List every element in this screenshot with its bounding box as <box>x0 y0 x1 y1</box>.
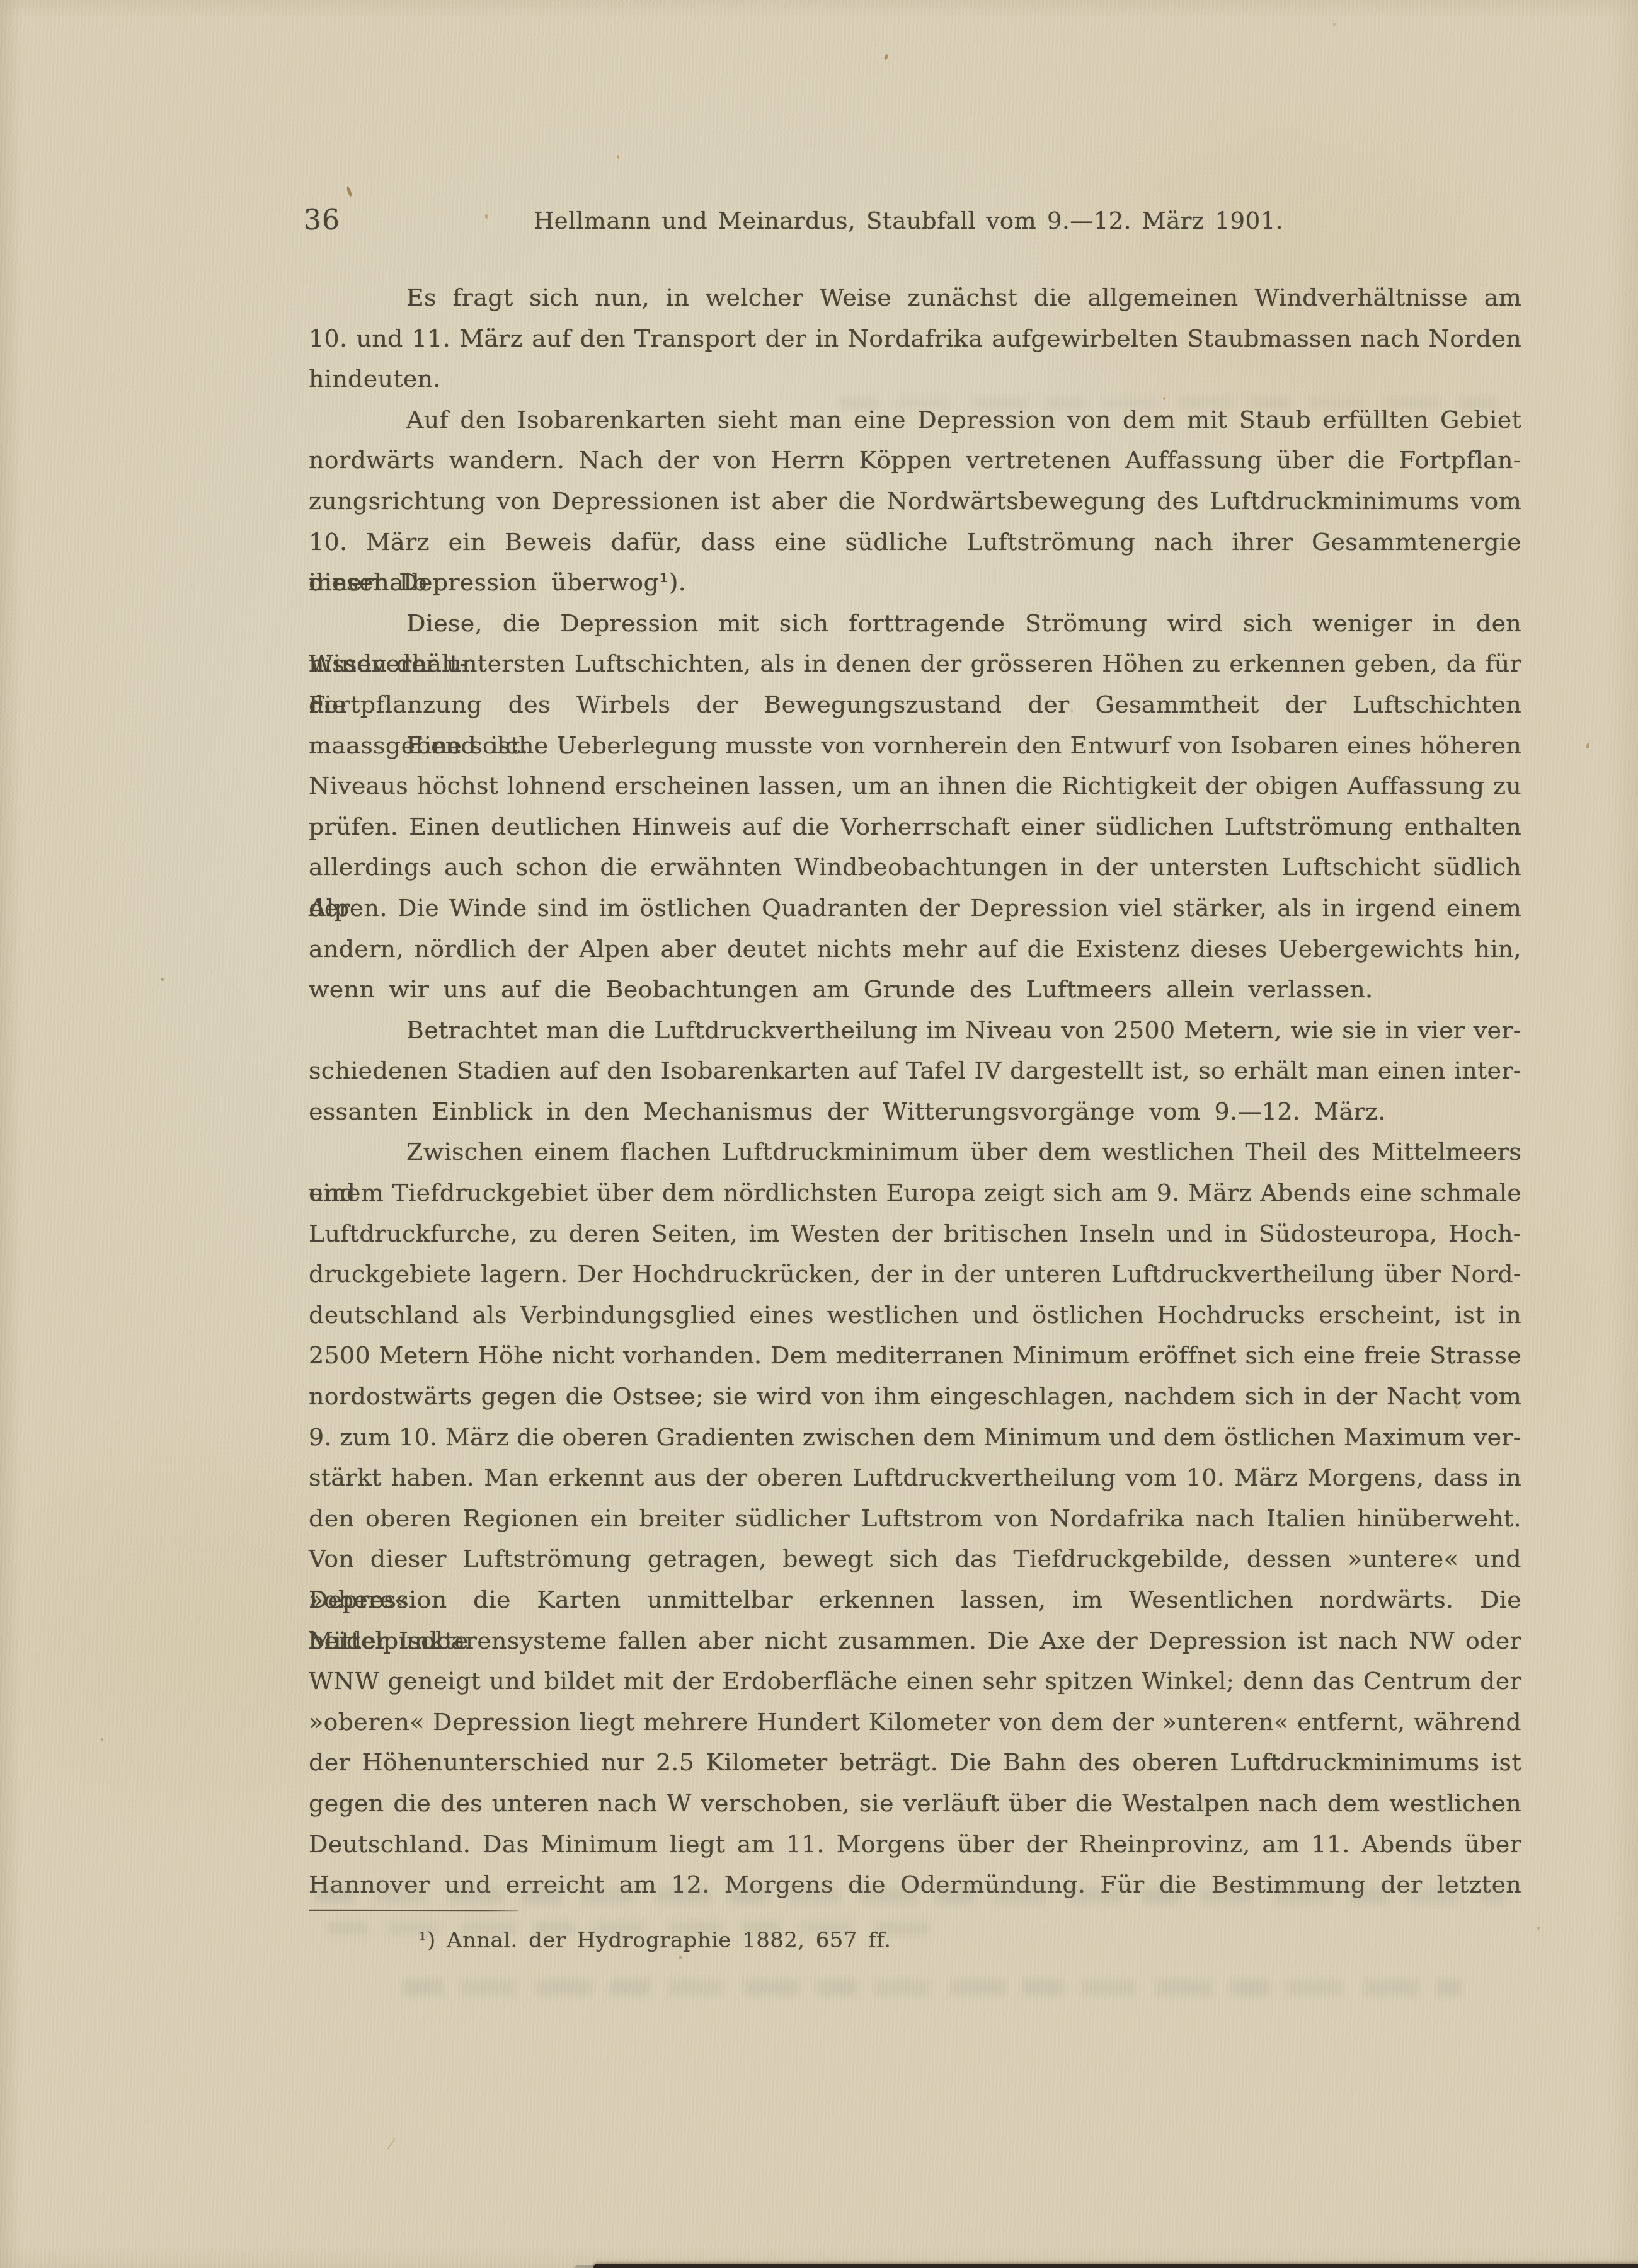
paper-speck <box>679 1956 682 1959</box>
text-line: »oberen« Depression liegt mehrere Hunder… <box>309 1702 1521 1743</box>
paper-speck <box>101 1738 103 1741</box>
text-line: deutschland als Verbindungsglied eines w… <box>309 1295 1521 1336</box>
text-line: hindeuten. <box>309 358 1521 399</box>
text-line: andern, nördlich der Alpen aber deutet n… <box>309 929 1521 970</box>
bleedthrough-ghost <box>403 1979 1462 1996</box>
text-line: Niveaus höchst lohnend erscheinen lassen… <box>309 765 1521 806</box>
text-line: Deutschland. Das Minimum liegt am 11. Mo… <box>309 1824 1521 1865</box>
paper-speck <box>1333 23 1336 26</box>
running-header: Hellmann und Meinardus, Staubfall vom 9.… <box>278 207 1538 236</box>
text-line: gegen die des unteren nach W verschoben,… <box>309 1783 1521 1824</box>
scan-edge-shadow <box>593 2264 1638 2268</box>
text-line: prüfen. Einen deutlichen Hinweis auf die… <box>309 806 1521 847</box>
paper-speck <box>387 2138 396 2150</box>
text-line: schiedenen Stadien auf den Isobarenkarte… <box>309 1050 1521 1091</box>
text-line: Betrachtet man die Luftdruckvertheilung … <box>309 1010 1521 1051</box>
paper-speck <box>346 186 353 197</box>
paper-speck <box>1586 743 1590 749</box>
text-line: Eine solche Ueberlegung musste von vornh… <box>309 725 1521 766</box>
text-line: zungsrichtung von Depressionen ist aber … <box>309 481 1521 522</box>
text-line: Es fragt sich nun, in welcher Weise zunä… <box>309 277 1521 318</box>
text-line: Depression die Karten unmittelbar erkenn… <box>309 1579 1521 1620</box>
text-line: nordwärts wandern. Nach der von Herrn Kö… <box>309 440 1521 481</box>
footnote-separator-rule <box>309 1910 518 1911</box>
text-line: allerdings auch schon die erwähnten Wind… <box>309 847 1521 888</box>
text-line: Alpen. Die Winde sind im östlichen Quadr… <box>309 888 1521 929</box>
text-line: 2500 Metern Höhe nicht vorhanden. Dem me… <box>309 1335 1521 1376</box>
text-line: Diese, die Depression mit sich forttrage… <box>309 603 1521 644</box>
text-line: Zwischen einem flachen Luftdruckminimum … <box>309 1131 1521 1172</box>
text-line: 9. zum 10. März die oberen Gradienten zw… <box>309 1417 1521 1458</box>
text-line: Luftdruckfurche, zu deren Seiten, im Wes… <box>309 1213 1521 1254</box>
text-line: nordostwärts gegen die Ostsee; sie wird … <box>309 1376 1521 1417</box>
text-line: Fortpflanzung des Wirbels der Bewegungsz… <box>309 684 1521 725</box>
paper-speck <box>1537 1927 1540 1930</box>
text-line: stärkt haben. Man erkennt aus der oberen… <box>309 1457 1521 1498</box>
text-line: einem Tiefdruckgebiet über dem nördlichs… <box>309 1172 1521 1213</box>
text-line: der Höhenunterschied nur 2.5 Kilometer b… <box>309 1742 1521 1783</box>
paper-speck <box>884 54 889 60</box>
scanned-book-page: { "page": { "number": "36", "running_hea… <box>0 0 1638 2268</box>
text-line: Von dieser Luftströmung getragen, bewegt… <box>309 1538 1521 1579</box>
text-line: essanten Einblick in den Mechanismus der… <box>309 1091 1521 1132</box>
text-line: 10. und 11. März auf den Transport der i… <box>309 318 1521 359</box>
text-line: dieser Depression überwog¹). <box>309 562 1521 603</box>
text-line: druckgebiete lagern. Der Hochdruckrücken… <box>309 1254 1521 1295</box>
paper-speck <box>161 978 164 981</box>
text-line: WNW geneigt und bildet mit der Erdoberfl… <box>309 1661 1521 1702</box>
text-line: 10. März ein Beweis dafür, dass eine süd… <box>309 522 1521 563</box>
text-line: Hannover und erreicht am 12. Morgens die… <box>309 1864 1521 1905</box>
paper-speck <box>617 155 619 159</box>
text-line: nissen der untersten Luftschichten, als … <box>309 643 1521 684</box>
text-line: beider Isobarensysteme fallen aber nicht… <box>309 1620 1521 1661</box>
text-line: Auf den Isobarenkarten sieht man eine De… <box>309 399 1521 440</box>
text-line: wenn wir uns auf die Beobachtungen am Gr… <box>309 969 1521 1010</box>
text-line: den oberen Regionen ein breiter südliche… <box>309 1498 1521 1539</box>
body-text: Es fragt sich nun, in welcher Weise zunä… <box>309 277 1521 1905</box>
footnote: ¹) Annal. der Hydrographie 1882, 657 ff. <box>418 1927 891 1954</box>
